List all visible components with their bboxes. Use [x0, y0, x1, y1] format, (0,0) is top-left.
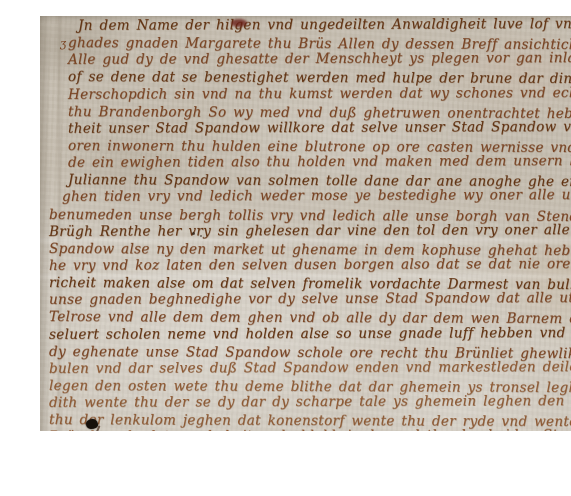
manuscript-line: theit unser Stad Spandow willkore dat se… [40, 119, 571, 138]
manuscript-line: he vry vnd koz laten den selven dusen bo… [40, 256, 571, 275]
manuscript-line: Herschopdich sin vnd na thu kumst werden… [40, 85, 571, 104]
black-ink-blot [86, 419, 98, 429]
manuscript-line: bulen vnd dar selves duß Stad Spandow en… [40, 359, 571, 378]
red-ink-stain [231, 19, 247, 27]
manuscript-photo: Jn dem Name der hilgen vnd ungedeilten A… [40, 16, 571, 447]
manuscript-line: Alle gud dy de vnd ghesatte der Menschhe… [40, 50, 571, 69]
page: Jn dem Name der hilgen vnd ungedeilten A… [0, 0, 571, 496]
ink-speck [200, 235, 202, 237]
margin-scribal-mark: ʒ [60, 37, 66, 50]
manuscript-line: ghen tiden vry vnd ledich weder mose ye … [40, 187, 571, 206]
manuscript-text: Jn dem Name der hilgen vnd ungedeilten A… [40, 18, 571, 447]
manuscript-line: seluert scholen neme vnd holden alse so … [40, 325, 571, 344]
manuscript-line: dith wente thu der se dy dar dy scharpe … [40, 393, 571, 412]
manuscript-line: de ein ewighen tiden also thu holden vnd… [40, 153, 571, 172]
manuscript-line: Jn dem Name der hilgen vnd ungedeilten A… [40, 16, 571, 35]
manuscript-line: unse gnaden beghnedighe vor dy selve uns… [40, 290, 571, 309]
bottom-whitespace [0, 431, 571, 496]
ink-speck [192, 232, 195, 235]
manuscript-line: Brügh Renthe her vry sin ghelesen dar vi… [40, 222, 571, 241]
